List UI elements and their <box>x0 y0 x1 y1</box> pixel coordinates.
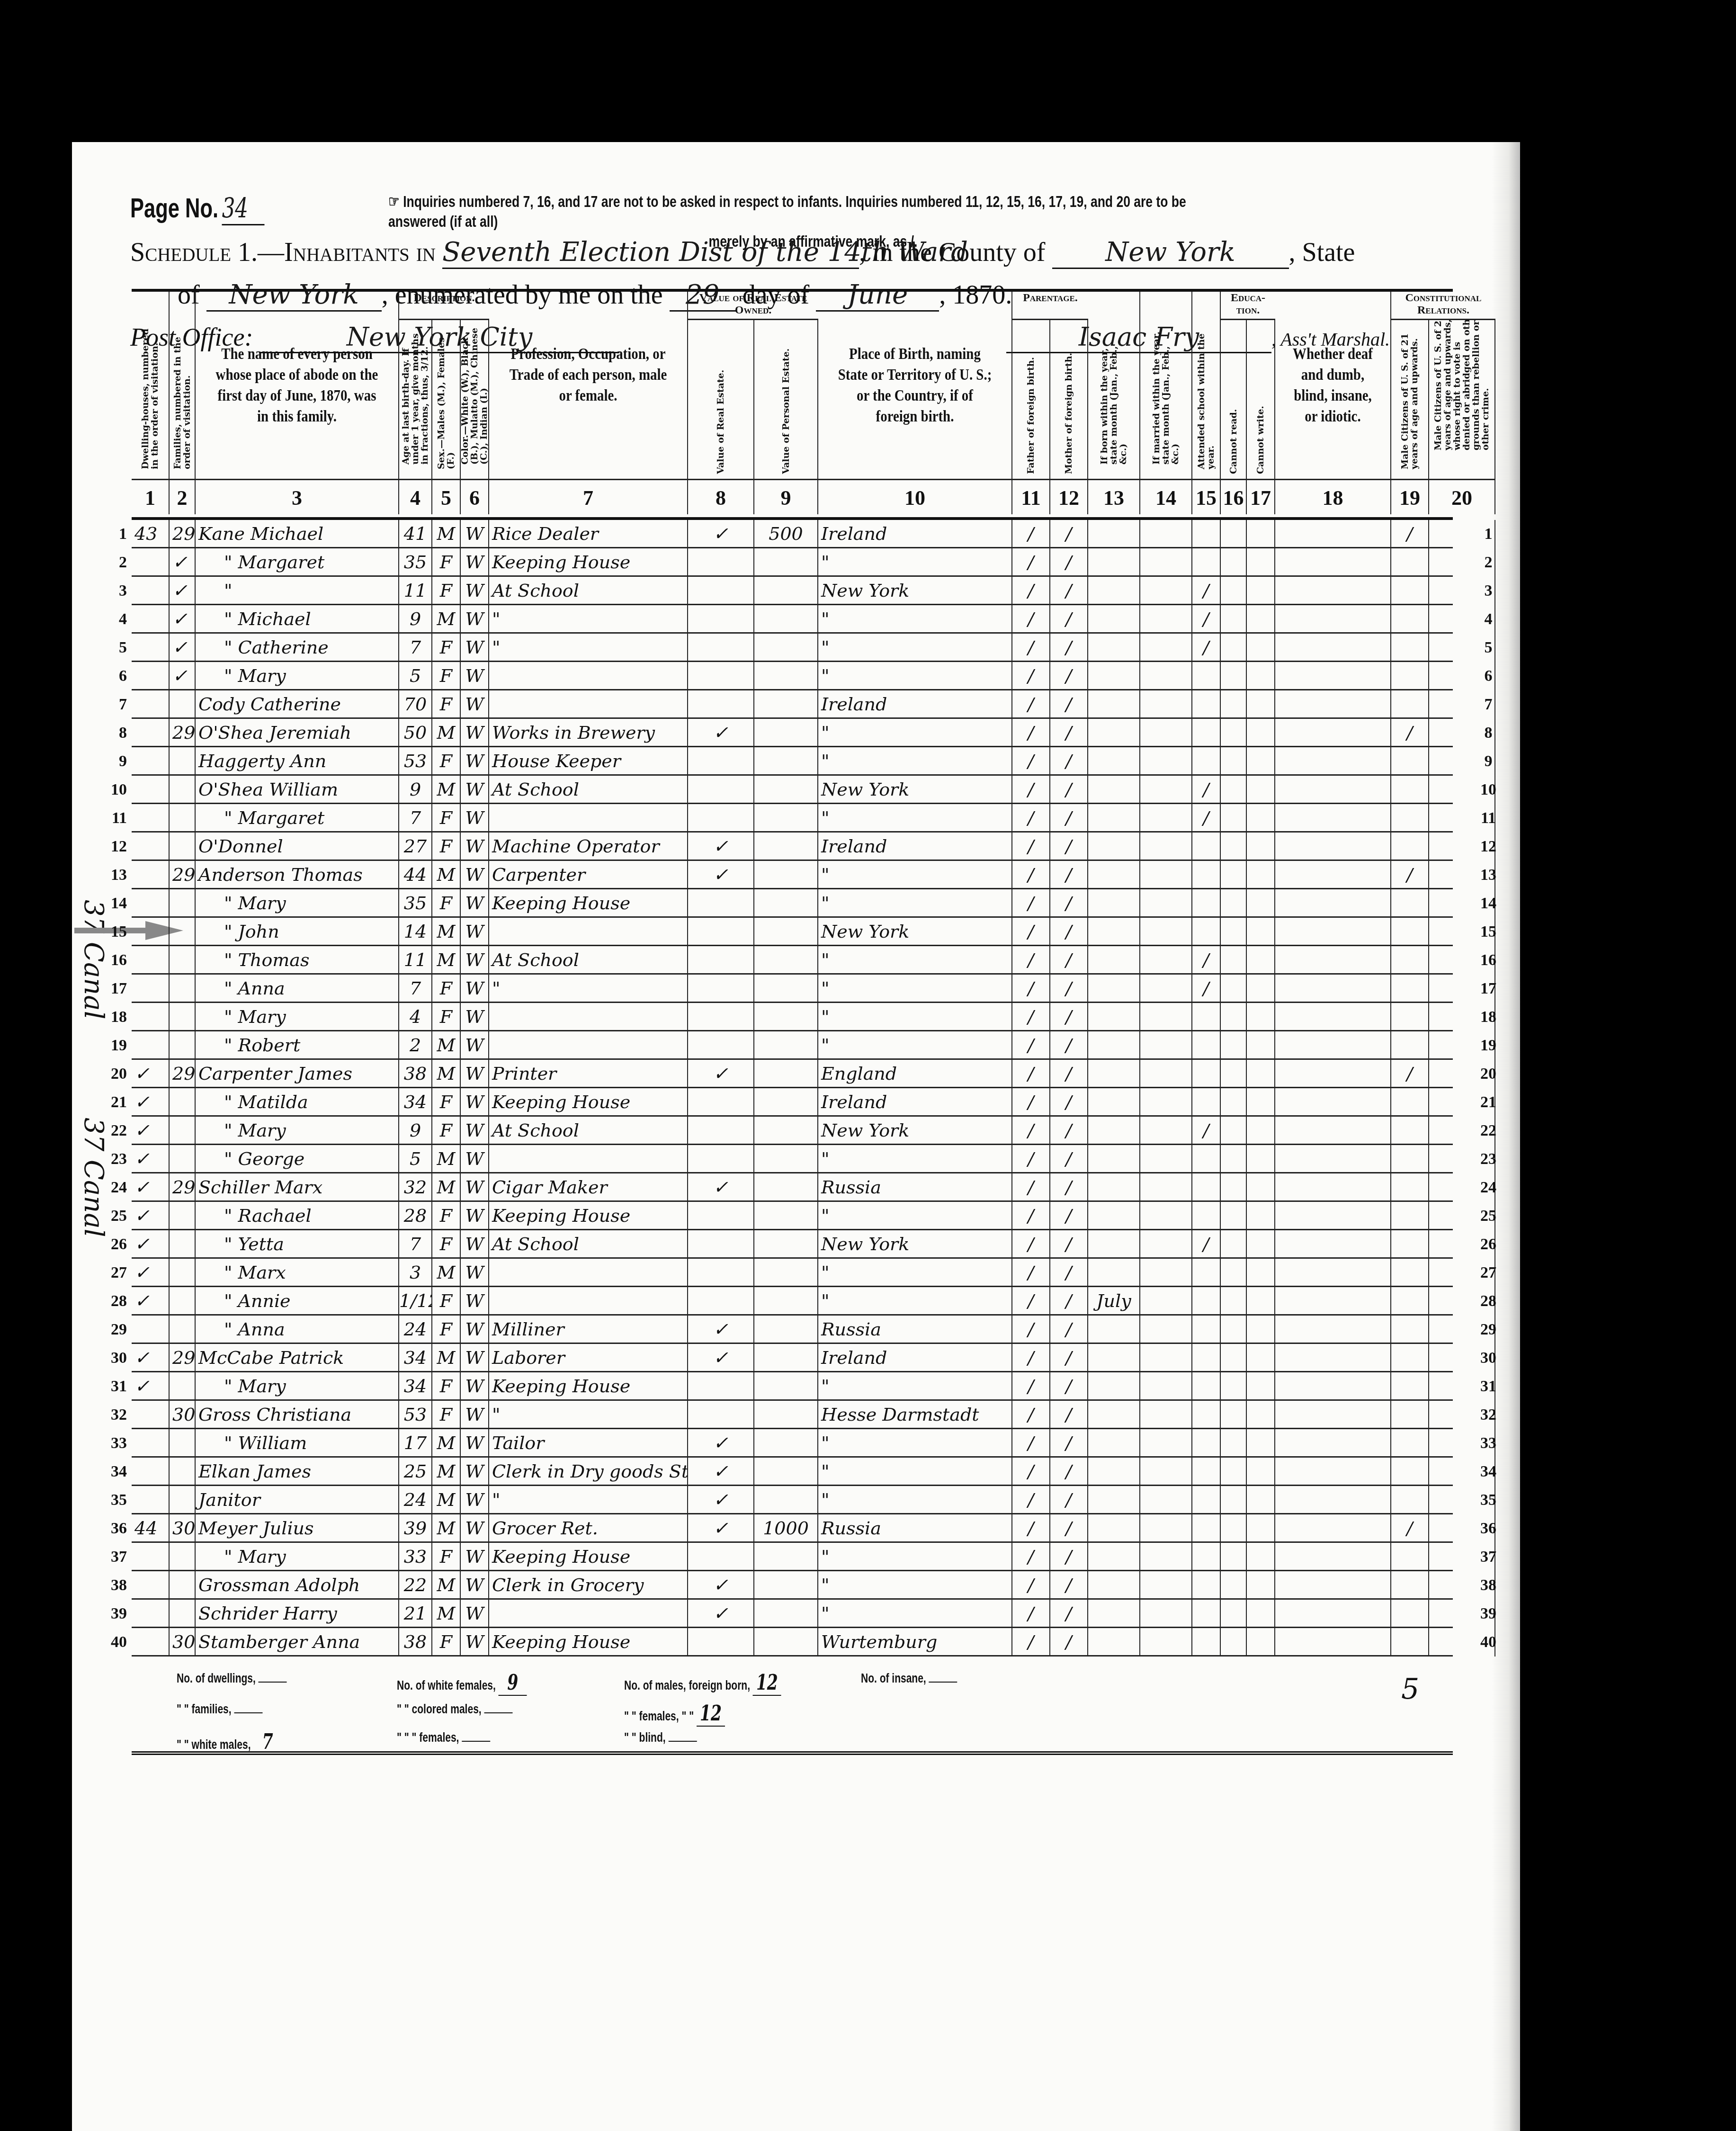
column-header-9: Value of Personal Estate. <box>754 320 818 479</box>
cell-col-15: / <box>1192 1117 1221 1145</box>
cell-col-8: ✓ <box>688 1316 754 1344</box>
cell-col-12: / <box>1050 804 1088 833</box>
cell-col-14 <box>1140 1571 1192 1600</box>
cell-col-11: / <box>1012 975 1050 1003</box>
cell-col-8 <box>688 1202 754 1230</box>
cell-col-16 <box>1221 1514 1247 1543</box>
cell-col-19: / <box>1391 719 1429 747</box>
cell-col-18 <box>1275 804 1391 833</box>
cell-col-11: / <box>1012 776 1050 804</box>
cell-col-4: 9 <box>399 1117 432 1145</box>
cell-col-11: / <box>1012 690 1050 719</box>
row-number-left: 17 <box>98 975 127 1003</box>
cell-col-13 <box>1088 634 1140 662</box>
row-number-right: 19 <box>1472 1031 1505 1060</box>
cell-col-9 <box>754 1287 818 1316</box>
cell-col-9 <box>754 634 818 662</box>
cell-col-3: Haggerty Ann <box>196 747 399 776</box>
cell-col-9 <box>754 1230 818 1259</box>
cell-col-19 <box>1391 1628 1429 1656</box>
cell-col-5: F <box>432 804 461 833</box>
cell-col-13 <box>1088 861 1140 889</box>
cell-col-15 <box>1192 520 1221 548</box>
cell-col-14 <box>1140 918 1192 946</box>
cell-col-5: F <box>432 634 461 662</box>
cell-col-6: W <box>461 1060 489 1088</box>
cell-col-5: M <box>432 1600 461 1628</box>
cell-col-10: Hesse Darmstadt <box>818 1401 1012 1429</box>
cell-col-8 <box>688 577 754 605</box>
row-number-left: 20 <box>98 1060 127 1088</box>
row-number-left: 19 <box>98 1031 127 1060</box>
cell-col-10: New York <box>818 1117 1012 1145</box>
cell-col-14 <box>1140 1458 1192 1486</box>
cell-col-17 <box>1247 861 1275 889</box>
cell-col-19 <box>1391 1316 1429 1344</box>
cell-col-10: " <box>818 662 1012 690</box>
cell-col-11: / <box>1012 1145 1050 1173</box>
cell-col-12: / <box>1050 634 1088 662</box>
cell-col-12: / <box>1050 577 1088 605</box>
cell-col-10: New York <box>818 1230 1012 1259</box>
cell-col-3: Janitor <box>196 1486 399 1514</box>
cell-col-8 <box>688 1031 754 1060</box>
cell-col-9 <box>754 1543 818 1571</box>
cell-col-14 <box>1140 1344 1192 1372</box>
row-number-right: 11 <box>1472 804 1505 833</box>
cell-col-13 <box>1088 918 1140 946</box>
summary-value: 9 <box>499 1671 527 1696</box>
cell-col-15 <box>1192 1600 1221 1628</box>
cell-col-7: Grocer Ret. <box>489 1514 688 1543</box>
cell-col-1: ✓ <box>132 1372 170 1401</box>
cell-col-16 <box>1221 804 1247 833</box>
cell-col-10: Russia <box>818 1316 1012 1344</box>
cell-col-14 <box>1140 1088 1192 1117</box>
cell-col-8 <box>688 1088 754 1117</box>
cell-col-11: / <box>1012 1287 1050 1316</box>
cell-col-7: Keeping House <box>489 1202 688 1230</box>
cell-col-4: 33 <box>399 1543 432 1571</box>
cell-col-2 <box>170 1316 196 1344</box>
cell-col-2 <box>170 1031 196 1060</box>
cell-col-4: 28 <box>399 1202 432 1230</box>
cell-col-15 <box>1192 1088 1221 1117</box>
census-table: Dwelling-houses, numbered in the order o… <box>132 289 1453 292</box>
cell-col-1: ✓ <box>132 1230 170 1259</box>
cell-col-7: At School <box>489 577 688 605</box>
summary-blind: " " blind, <box>624 1730 697 1745</box>
cell-col-7 <box>489 1287 688 1316</box>
cell-col-12: / <box>1050 1287 1088 1316</box>
cell-col-13 <box>1088 1571 1140 1600</box>
cell-col-12: / <box>1050 1117 1088 1145</box>
cell-col-5: M <box>432 1145 461 1173</box>
cell-col-5: F <box>432 1230 461 1259</box>
cell-col-17 <box>1247 1031 1275 1060</box>
cell-col-4: 7 <box>399 804 432 833</box>
cell-col-13 <box>1088 1628 1140 1656</box>
cell-col-10: Ireland <box>818 1344 1012 1372</box>
row-number-left: 4 <box>98 605 127 634</box>
cell-col-6: W <box>461 1230 489 1259</box>
cell-col-11: / <box>1012 1259 1050 1287</box>
cell-col-17 <box>1247 1429 1275 1458</box>
cell-col-7 <box>489 690 688 719</box>
cell-col-19 <box>1391 975 1429 1003</box>
cell-col-12: / <box>1050 1145 1088 1173</box>
cell-col-15 <box>1192 690 1221 719</box>
cell-col-12: / <box>1050 1486 1088 1514</box>
row-number-right: 21 <box>1472 1088 1505 1117</box>
row-number-left: 14 <box>98 889 127 918</box>
cell-col-19 <box>1391 1429 1429 1458</box>
cell-col-7: Keeping House <box>489 1543 688 1571</box>
cell-col-17 <box>1247 548 1275 577</box>
cell-col-7 <box>489 1003 688 1031</box>
cell-col-12: / <box>1050 1088 1088 1117</box>
cell-col-17 <box>1247 1117 1275 1145</box>
cell-col-8 <box>688 1259 754 1287</box>
cell-col-18 <box>1275 1060 1391 1088</box>
cell-col-5: M <box>432 1344 461 1372</box>
cell-col-6: W <box>461 1486 489 1514</box>
cell-col-3: " Margaret <box>196 548 399 577</box>
cell-col-13 <box>1088 1117 1140 1145</box>
table-row: 43296Kane Michael41MWRice Dealer✓500Irel… <box>132 520 1453 548</box>
cell-col-4: 35 <box>399 548 432 577</box>
cell-col-4: 32 <box>399 1173 432 1202</box>
cell-col-19 <box>1391 1571 1429 1600</box>
cell-col-8 <box>688 1003 754 1031</box>
cell-col-14 <box>1140 1202 1192 1230</box>
cell-col-4: 17 <box>399 1429 432 1458</box>
cell-col-17 <box>1247 520 1275 548</box>
table-row: ✓"11FWAt SchoolNew York///33 <box>132 577 1453 605</box>
cell-col-19 <box>1391 1145 1429 1173</box>
cell-col-16 <box>1221 1060 1247 1088</box>
cell-col-9 <box>754 861 818 889</box>
column-number: 16 <box>1221 479 1247 514</box>
summary-females_foreign: " " females, " " 12 <box>624 1701 725 1727</box>
cell-col-6: W <box>461 1173 489 1202</box>
cell-col-6: W <box>461 1088 489 1117</box>
cell-col-14 <box>1140 1401 1192 1429</box>
cell-col-9 <box>754 1117 818 1145</box>
cell-col-5: F <box>432 1316 461 1344</box>
cell-col-7 <box>489 1031 688 1060</box>
cell-col-14 <box>1140 1486 1192 1514</box>
cell-col-3: Gross Christiana <box>196 1401 399 1429</box>
cell-col-2: ✓ <box>170 634 196 662</box>
cell-col-1 <box>132 662 170 690</box>
table-row: O'Shea William9MWAt SchoolNew York///101… <box>132 776 1453 804</box>
cell-col-16 <box>1221 1401 1247 1429</box>
cell-col-11: / <box>1012 747 1050 776</box>
table-row: " Mary4FW"//1818 <box>132 1003 1453 1031</box>
cell-col-5: M <box>432 1571 461 1600</box>
cell-col-5: M <box>432 605 461 634</box>
cell-col-10: " <box>818 1202 1012 1230</box>
cell-col-12: / <box>1050 1003 1088 1031</box>
cell-col-11: / <box>1012 1230 1050 1259</box>
table-row: Schrider Harry21MW✓"//3939 <box>132 1600 1453 1628</box>
row-number-right: 34 <box>1472 1458 1505 1486</box>
cell-col-17 <box>1247 1003 1275 1031</box>
cell-col-14 <box>1140 833 1192 861</box>
cell-col-3: Cody Catherine <box>196 690 399 719</box>
cell-col-10: New York <box>818 577 1012 605</box>
column-number: 4 <box>399 479 432 514</box>
cell-col-12: / <box>1050 1458 1088 1486</box>
column-number: 14 <box>1140 479 1192 514</box>
summary-value <box>668 1741 697 1742</box>
cell-col-4: 25 <box>399 1458 432 1486</box>
cell-col-3: " Anna <box>196 975 399 1003</box>
cell-col-18 <box>1275 1031 1391 1060</box>
cell-col-1 <box>132 1003 170 1031</box>
cell-col-2 <box>170 1117 196 1145</box>
cell-col-7: Clerk in Grocery <box>489 1571 688 1600</box>
cell-col-17 <box>1247 1401 1275 1429</box>
cell-col-8 <box>688 747 754 776</box>
cell-col-4: 9 <box>399 605 432 634</box>
cell-col-1 <box>132 776 170 804</box>
cell-col-16 <box>1221 548 1247 577</box>
cell-col-15 <box>1192 1031 1221 1060</box>
cell-col-17 <box>1247 1486 1275 1514</box>
cell-col-1 <box>132 577 170 605</box>
cell-col-7: At School <box>489 1230 688 1259</box>
column-group-header: Parentage. <box>1012 292 1088 320</box>
cell-col-4: 21 <box>399 1600 432 1628</box>
cell-col-2: ✓ <box>170 605 196 634</box>
cell-col-11: / <box>1012 889 1050 918</box>
cell-col-10: Ireland <box>818 520 1012 548</box>
cell-col-18 <box>1275 776 1391 804</box>
cell-col-16 <box>1221 1372 1247 1401</box>
citizens-total: 5 <box>1391 1675 1429 1704</box>
cell-col-14 <box>1140 889 1192 918</box>
cell-col-7: Rice Dealer <box>489 520 688 548</box>
cell-col-11: / <box>1012 1088 1050 1117</box>
cell-col-2 <box>170 1486 196 1514</box>
column-header-label: If married within the year, state month … <box>1152 322 1180 465</box>
cell-col-15 <box>1192 1344 1221 1372</box>
column-header-label: Value of Real Estate. <box>716 332 725 474</box>
cell-col-14 <box>1140 548 1192 577</box>
cell-col-9 <box>754 1316 818 1344</box>
summary-colored_males: " " colored males, <box>397 1701 512 1717</box>
cell-col-8 <box>688 1145 754 1173</box>
table-row: ✓298Schiller Marx32MWCigar Maker✓Russia/… <box>132 1173 1453 1202</box>
cell-col-8 <box>688 1401 754 1429</box>
cell-col-17 <box>1247 1145 1275 1173</box>
table-row: ✓" Margaret35FWKeeping House"//22 <box>132 548 1453 577</box>
cell-col-1 <box>132 719 170 747</box>
table-row: ✓" Matilda34FWKeeping HouseIreland//2121 <box>132 1088 1453 1117</box>
cell-col-11: / <box>1012 1571 1050 1600</box>
cell-col-18 <box>1275 833 1391 861</box>
cell-col-1: ✓ <box>132 1088 170 1117</box>
cell-col-17 <box>1247 1259 1275 1287</box>
cell-col-19 <box>1391 804 1429 833</box>
cell-col-5: F <box>432 975 461 1003</box>
cell-col-16 <box>1221 662 1247 690</box>
cell-col-15 <box>1192 1060 1221 1088</box>
cell-col-3: Schiller Marx <box>196 1173 399 1202</box>
column-header-label: Families, numbered in the order of visit… <box>173 327 192 469</box>
cell-col-18 <box>1275 946 1391 975</box>
cell-col-4: 24 <box>399 1486 432 1514</box>
cell-col-12: / <box>1050 776 1088 804</box>
column-header-label: Sex.—Males (M.), Females (F.) <box>437 327 456 469</box>
cell-col-5: F <box>432 1401 461 1429</box>
cell-col-11: / <box>1012 1202 1050 1230</box>
cell-col-4: 5 <box>399 1145 432 1173</box>
cell-col-2: 300 <box>170 1401 196 1429</box>
cell-col-19 <box>1391 548 1429 577</box>
cell-col-5: M <box>432 946 461 975</box>
cell-col-18 <box>1275 577 1391 605</box>
cell-col-9 <box>754 1628 818 1656</box>
cell-col-2 <box>170 1259 196 1287</box>
table-row: ✓" Mary9FWAt SchoolNew York///2222 <box>132 1117 1453 1145</box>
cell-col-15 <box>1192 1543 1221 1571</box>
cell-col-4: 38 <box>399 1060 432 1088</box>
cell-col-19 <box>1391 1202 1429 1230</box>
cell-col-19 <box>1391 1088 1429 1117</box>
cell-col-19: / <box>1391 1060 1429 1088</box>
cell-col-2 <box>170 1088 196 1117</box>
cell-col-15: / <box>1192 605 1221 634</box>
cell-col-12: / <box>1050 946 1088 975</box>
row-number-right: 9 <box>1472 747 1505 776</box>
cell-col-17 <box>1247 1202 1275 1230</box>
cell-col-4: 27 <box>399 833 432 861</box>
column-header-label: Value of Personal Estate. <box>781 332 791 474</box>
cell-col-19: / <box>1391 861 1429 889</box>
cell-col-1 <box>132 918 170 946</box>
row-number-right: 14 <box>1472 889 1505 918</box>
row-number-right: 16 <box>1472 946 1505 975</box>
cell-col-8: ✓ <box>688 1173 754 1202</box>
cell-col-1 <box>132 1628 170 1656</box>
cell-col-14 <box>1140 662 1192 690</box>
column-header-5: Sex.—Males (M.), Females (F.) <box>432 320 461 479</box>
cell-col-6: W <box>461 1316 489 1344</box>
row-number-left: 10 <box>98 776 127 804</box>
cell-col-19 <box>1391 1486 1429 1514</box>
cell-col-12: / <box>1050 1628 1088 1656</box>
cell-col-3: " Catherine <box>196 634 399 662</box>
row-number-left: 24 <box>98 1173 127 1202</box>
table-row: " Anna7FW""///1717 <box>132 975 1453 1003</box>
cell-col-4: 53 <box>399 747 432 776</box>
cell-col-3: Anderson Thomas <box>196 861 399 889</box>
cell-col-10: Ireland <box>818 1088 1012 1117</box>
cell-col-5: F <box>432 747 461 776</box>
row-number-left: 9 <box>98 747 127 776</box>
table-row: ✓" Mary34FWKeeping House"//3131 <box>132 1372 1453 1401</box>
cell-col-4: 7 <box>399 1230 432 1259</box>
cell-col-18 <box>1275 1628 1391 1656</box>
row-number-right: 18 <box>1472 1003 1505 1031</box>
cell-col-11: / <box>1012 1344 1050 1372</box>
cell-col-5: M <box>432 520 461 548</box>
cell-col-16 <box>1221 1088 1247 1117</box>
cell-col-15 <box>1192 548 1221 577</box>
cell-col-3: O'Shea Jeremiah <box>196 719 399 747</box>
cell-col-13 <box>1088 605 1140 634</box>
cell-col-10: " <box>818 946 1012 975</box>
cell-col-13 <box>1088 1145 1140 1173</box>
cell-col-3: " Robert <box>196 1031 399 1060</box>
row-number-left: 18 <box>98 1003 127 1031</box>
cell-col-19 <box>1391 833 1429 861</box>
row-number-right: 29 <box>1472 1316 1505 1344</box>
table-row: ✓" Rachael28FWKeeping House"//2525 <box>132 1202 1453 1230</box>
cell-col-16 <box>1221 605 1247 634</box>
cell-col-10: " <box>818 719 1012 747</box>
cell-col-8: ✓ <box>688 1344 754 1372</box>
table-row: 296Anderson Thomas44MWCarpenter✓"///1313 <box>132 861 1453 889</box>
column-number: 18 <box>1275 479 1391 514</box>
column-header-label: Male Citizens of U. S. of 21 years of ag… <box>1433 320 1490 450</box>
cell-col-12: / <box>1050 1202 1088 1230</box>
cell-col-1 <box>132 1316 170 1344</box>
cell-col-6: W <box>461 719 489 747</box>
cell-col-13 <box>1088 1543 1140 1571</box>
cell-col-11: / <box>1012 605 1050 634</box>
cell-col-14 <box>1140 776 1192 804</box>
cell-col-14 <box>1140 1060 1192 1088</box>
cell-col-10: " <box>818 889 1012 918</box>
cell-col-8 <box>688 548 754 577</box>
row-number-left: 26 <box>98 1230 127 1259</box>
cell-col-13 <box>1088 1429 1140 1458</box>
cell-col-2 <box>170 1429 196 1458</box>
cell-col-18 <box>1275 690 1391 719</box>
cell-col-16 <box>1221 1344 1247 1372</box>
table-row: O'Donnel27FWMachine Operator✓Ireland//12… <box>132 833 1453 861</box>
cell-col-1: 43 <box>132 520 170 548</box>
cell-col-15 <box>1192 1372 1221 1401</box>
cell-col-6: W <box>461 1514 489 1543</box>
cell-col-14 <box>1140 946 1192 975</box>
cell-col-15 <box>1192 889 1221 918</box>
column-header-14: If married within the year, state month … <box>1140 292 1192 479</box>
cell-col-16 <box>1221 1202 1247 1230</box>
cell-col-12: / <box>1050 889 1088 918</box>
cell-col-17 <box>1247 1600 1275 1628</box>
cell-col-13 <box>1088 1088 1140 1117</box>
cell-col-14 <box>1140 520 1192 548</box>
cell-col-1 <box>132 833 170 861</box>
table-row: ✓" Marx3MW"//2727 <box>132 1259 1453 1287</box>
table-row: ✓" Yetta7FWAt SchoolNew York///2626 <box>132 1230 1453 1259</box>
cell-col-17 <box>1247 833 1275 861</box>
column-header-label: Profession, Occupation, or Trade of each… <box>504 344 672 406</box>
cell-col-4: 2 <box>399 1031 432 1060</box>
cell-col-3: " Mary <box>196 1372 399 1401</box>
cell-col-18 <box>1275 605 1391 634</box>
cell-col-9 <box>754 1600 818 1628</box>
cell-col-19 <box>1391 605 1429 634</box>
table-row: Grossman Adolph22MWClerk in Grocery✓"//3… <box>132 1571 1453 1600</box>
page-number: Page No.34 <box>130 192 265 225</box>
cell-col-7: House Keeper <box>489 747 688 776</box>
